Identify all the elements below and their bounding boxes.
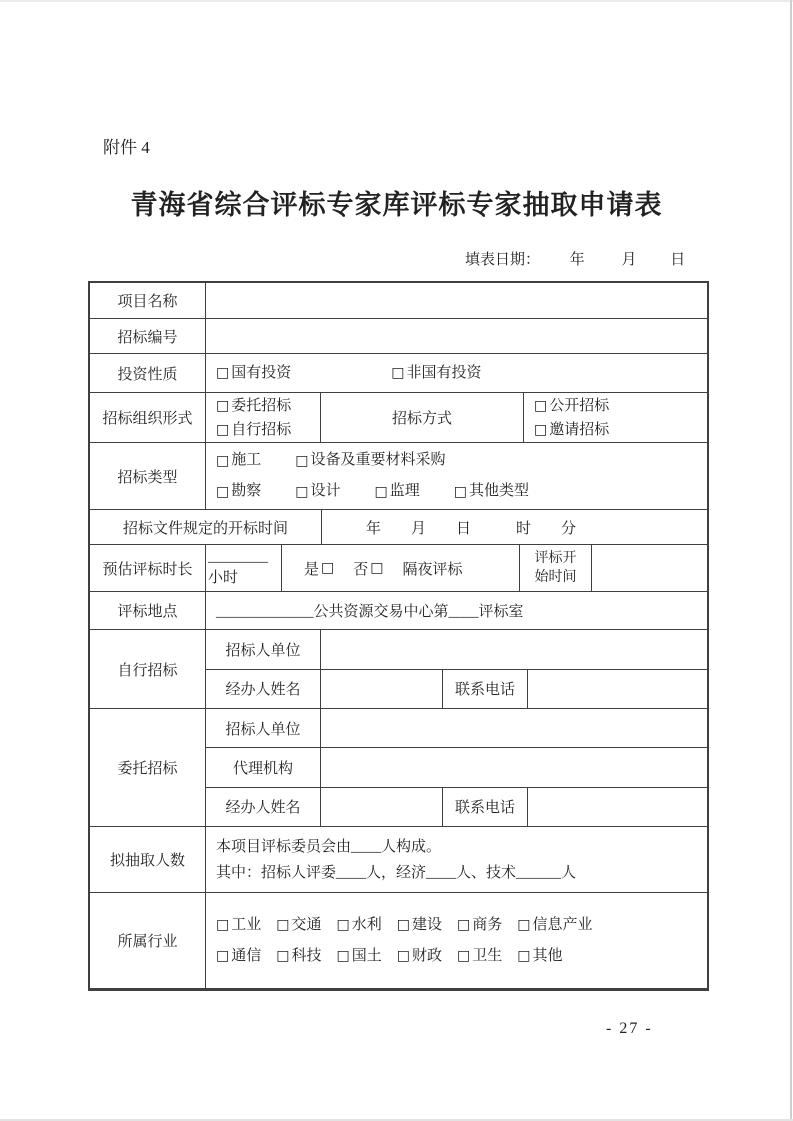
option-supervision-label: 监理: [390, 476, 420, 507]
entrusted-bidding-subtable: 招标人单位 代理机构 经办人姓名 联系电话: [206, 709, 707, 826]
checkbox-unchecked-icon: □: [295, 454, 308, 468]
option-industry-telecom: □ 通信: [216, 941, 261, 972]
entrusted-contact-phone-value: [528, 788, 707, 826]
row-estimated-duration: 预估评标时长 ________小时 是 □ 否 □ 隔夜评标 评标开 始时间: [90, 545, 707, 592]
checkbox-unchecked-icon: □: [370, 561, 383, 575]
agency-value: [321, 748, 707, 786]
bid-method-options: □ 公开招标 □ 邀请招标: [524, 393, 707, 442]
project-name-label: 项目名称: [90, 283, 206, 318]
option-industry-commerce: □ 商务: [457, 910, 502, 941]
option-industry-water: □ 水利: [337, 910, 382, 941]
checkbox-unchecked-icon: □: [276, 949, 289, 963]
evaluation-start-time-label: 评标开 始时间: [520, 545, 592, 591]
option-industry-information-label: 信息产业: [532, 910, 592, 941]
option-overnight-no-label: 否: [353, 558, 368, 579]
entrusted-bidder-unit-label: 招标人单位: [206, 709, 321, 747]
organization-form-label: 招标组织形式: [90, 393, 206, 442]
checkbox-unchecked-icon: □: [337, 918, 350, 932]
investment-nature-options: □ 国有投资 □ 非国有投资: [206, 354, 707, 392]
fill-date-prefix: 填表日期：: [465, 252, 540, 268]
row-organization-form: 招标组织形式 □ 委托招标 □ 自行招标 招标方式 □ 公开招标 □: [90, 393, 707, 443]
draw-count-line1: 本项目评标委员会由____人构成。: [216, 834, 441, 860]
opening-time-value: 年 月 日 时 分: [322, 510, 707, 544]
option-other-type-label: 其他类型: [469, 476, 529, 507]
option-other-type: □ 其他类型: [454, 476, 529, 507]
option-industry-health: □ 卫生: [457, 941, 502, 972]
fill-date-day: 日: [670, 252, 685, 268]
form-title: 青海省综合评标专家库评标专家抽取申请表: [60, 183, 733, 222]
scan-edge-right: [790, 0, 792, 1121]
option-entrusted-bidding: □ 委托招标: [216, 394, 291, 418]
row-investment-nature: 投资性质 □ 国有投资 □ 非国有投资: [90, 354, 707, 393]
entrusted-agency-row: 代理机构: [206, 748, 707, 787]
checkbox-unchecked-icon: □: [375, 485, 388, 499]
self-contact-phone-value: [528, 670, 707, 709]
option-overnight-yes: 是 □: [304, 558, 334, 579]
option-industry-land: □ 国土: [337, 941, 382, 972]
option-industry-finance-label: 财政: [412, 941, 442, 972]
draw-count-text: 本项目评标委员会由____人构成。 其中：招标人评委____人，经济____人、…: [206, 827, 707, 892]
option-construction-label: 施工: [231, 445, 261, 476]
option-invited-bidding-label: 邀请招标: [549, 418, 609, 442]
option-industry-other: □ 其他: [517, 941, 562, 972]
entrusted-agent-name-value: [321, 788, 443, 826]
scanned-document-page: 附件 4 青海省综合评标专家库评标专家抽取申请表 填表日期： 年 月 日 项目名…: [0, 0, 793, 1121]
row-evaluation-location: 评标地点 _____________公共资源交易中心第____评标室: [90, 592, 707, 630]
option-construction: □ 施工: [216, 445, 261, 476]
bid-number-value: [206, 319, 707, 353]
attachment-label: 附件 4: [103, 133, 150, 158]
fill-date-line: 填表日期： 年 月 日: [465, 248, 685, 269]
checkbox-unchecked-icon: □: [454, 485, 467, 499]
option-state-owned-label: 国有投资: [231, 358, 291, 389]
self-bidding-subtable: 招标人单位 经办人姓名 联系电话: [206, 630, 707, 708]
option-overnight-no: 否 □: [353, 558, 383, 579]
option-equipment-materials-label: 设备及重要材料采购: [310, 445, 445, 476]
investment-nature-label: 投资性质: [90, 354, 206, 392]
option-equipment-materials: □ 设备及重要材料采购: [295, 445, 445, 476]
self-bidding-unit-row: 招标人单位: [206, 630, 707, 670]
draw-count-label: 拟抽取人数: [90, 827, 206, 892]
row-self-bidding-group: 自行招标 招标人单位 经办人姓名 联系电话: [90, 630, 707, 709]
checkbox-unchecked-icon: □: [216, 454, 229, 468]
overnight-evaluation-cell: 是 □ 否 □ 隔夜评标: [282, 545, 520, 591]
row-industry: 所属行业 □ 工业 □ 交通 □ 水利 □: [90, 893, 707, 988]
option-design-label: 设计: [310, 476, 340, 507]
self-agent-name-value: [321, 670, 443, 709]
row-draw-count: 拟抽取人数 本项目评标委员会由____人构成。 其中：招标人评委____人，经济…: [90, 827, 707, 893]
row-bid-type: 招标类型 □ 施工 □ 设备及重要材料采购 □ 勘察: [90, 443, 707, 510]
fill-date-month: 月: [622, 252, 637, 268]
option-industry-other-label: 其他: [532, 941, 562, 972]
industry-options: □ 工业 □ 交通 □ 水利 □ 建设: [206, 893, 707, 988]
option-industry-telecom-label: 通信: [231, 941, 261, 972]
option-industry-health-label: 卫生: [472, 941, 502, 972]
fill-date-year: 年: [570, 252, 585, 268]
option-industry-transport: □ 交通: [276, 910, 321, 941]
entrusted-contact-phone-label: 联系电话: [443, 788, 528, 826]
checkbox-unchecked-icon: □: [337, 949, 350, 963]
row-bid-number: 招标编号: [90, 319, 707, 354]
row-entrusted-bidding-group: 委托招标 招标人单位 代理机构 经办人姓名 联系电话: [90, 709, 707, 827]
self-bidder-unit-label: 招标人单位: [206, 630, 321, 669]
option-non-state-owned: □ 非国有投资: [391, 358, 481, 389]
bid-type-label: 招标类型: [90, 443, 206, 509]
option-industry-water-label: 水利: [352, 910, 382, 941]
option-supervision: □ 监理: [375, 476, 420, 507]
bid-type-options: □ 施工 □ 设备及重要材料采购 □ 勘察 □ 设计: [206, 443, 707, 509]
self-contact-phone-label: 联系电话: [443, 670, 528, 709]
evaluation-location-value: _____________公共资源交易中心第____评标室: [206, 592, 707, 629]
option-self-bidding: □ 自行招标: [216, 418, 291, 442]
option-state-owned: □ 国有投资: [216, 358, 291, 389]
self-agent-name-label: 经办人姓名: [206, 670, 321, 709]
checkbox-unchecked-icon: □: [216, 949, 229, 963]
option-non-state-owned-label: 非国有投资: [406, 358, 481, 389]
option-self-bidding-label: 自行招标: [231, 418, 291, 442]
checkbox-unchecked-icon: □: [321, 561, 334, 575]
option-industry-industrial: □ 工业: [216, 910, 261, 941]
option-industry-commerce-label: 商务: [472, 910, 502, 941]
page-number: - 27 -: [606, 1020, 653, 1038]
bid-method-label: 招标方式: [321, 393, 524, 442]
checkbox-unchecked-icon: □: [216, 399, 229, 413]
row-project-name: 项目名称: [90, 283, 707, 319]
checkbox-unchecked-icon: □: [276, 918, 289, 932]
checkbox-unchecked-icon: □: [397, 949, 410, 963]
option-industry-construction-label: 建设: [412, 910, 442, 941]
checkbox-unchecked-icon: □: [517, 918, 530, 932]
option-industry-transport-label: 交通: [291, 910, 321, 941]
option-industry-science: □ 科技: [276, 941, 321, 972]
option-design: □ 设计: [295, 476, 340, 507]
option-industry-science-label: 科技: [291, 941, 321, 972]
evaluation-location-label: 评标地点: [90, 592, 206, 629]
opening-time-label: 招标文件规定的开标时间: [90, 510, 322, 544]
checkbox-unchecked-icon: □: [295, 485, 308, 499]
option-industry-information: □ 信息产业: [517, 910, 592, 941]
project-name-value: [206, 283, 707, 318]
checkbox-unchecked-icon: □: [391, 366, 404, 380]
self-bidding-agent-row: 经办人姓名 联系电话: [206, 670, 707, 709]
checkbox-unchecked-icon: □: [216, 485, 229, 499]
entrusted-agent-name-label: 经办人姓名: [206, 788, 321, 826]
option-entrusted-bidding-label: 委托招标: [231, 394, 291, 418]
self-bidding-group-label: 自行招标: [90, 630, 206, 708]
checkbox-unchecked-icon: □: [216, 366, 229, 380]
option-industry-finance: □ 财政: [397, 941, 442, 972]
option-industry-industrial-label: 工业: [231, 910, 261, 941]
entrusted-bidder-unit-value: [321, 709, 707, 747]
checkbox-unchecked-icon: □: [457, 949, 470, 963]
option-industry-construction: □ 建设: [397, 910, 442, 941]
checkbox-unchecked-icon: □: [534, 423, 547, 437]
self-bidder-unit-value: [321, 630, 707, 669]
estimated-duration-hours: ________小时: [206, 545, 282, 591]
checkbox-unchecked-icon: □: [517, 949, 530, 963]
option-overnight-yes-label: 是: [304, 558, 319, 579]
checkbox-unchecked-icon: □: [534, 399, 547, 413]
option-open-bidding-label: 公开招标: [549, 394, 609, 418]
option-survey-label: 勘察: [231, 476, 261, 507]
agency-label: 代理机构: [206, 748, 321, 786]
organization-form-options: □ 委托招标 □ 自行招标: [206, 393, 321, 442]
option-open-bidding: □ 公开招标: [534, 394, 609, 418]
overnight-evaluation-label: 隔夜评标: [403, 558, 463, 579]
checkbox-unchecked-icon: □: [457, 918, 470, 932]
option-invited-bidding: □ 邀请招标: [534, 418, 609, 442]
checkbox-unchecked-icon: □: [397, 918, 410, 932]
entrusted-bidding-group-label: 委托招标: [90, 709, 206, 826]
checkbox-unchecked-icon: □: [216, 918, 229, 932]
row-opening-time: 招标文件规定的开标时间 年 月 日 时 分: [90, 510, 707, 545]
industry-label: 所属行业: [90, 893, 206, 988]
draw-count-line2: 其中：招标人评委____人，经济____人、技术______人: [216, 860, 576, 886]
bid-number-label: 招标编号: [90, 319, 206, 353]
option-industry-land-label: 国土: [352, 941, 382, 972]
scan-edge-top: [0, 0, 793, 2]
entrusted-bidding-unit-row: 招标人单位: [206, 709, 707, 748]
application-form-table: 项目名称 招标编号 投资性质 □ 国有投资 □ 非国有投资: [88, 281, 709, 991]
estimated-duration-label: 预估评标时长: [90, 545, 206, 591]
option-survey: □ 勘察: [216, 476, 261, 507]
entrusted-agent-row: 经办人姓名 联系电话: [206, 788, 707, 826]
evaluation-start-time-value: [592, 545, 707, 591]
checkbox-unchecked-icon: □: [216, 423, 229, 437]
